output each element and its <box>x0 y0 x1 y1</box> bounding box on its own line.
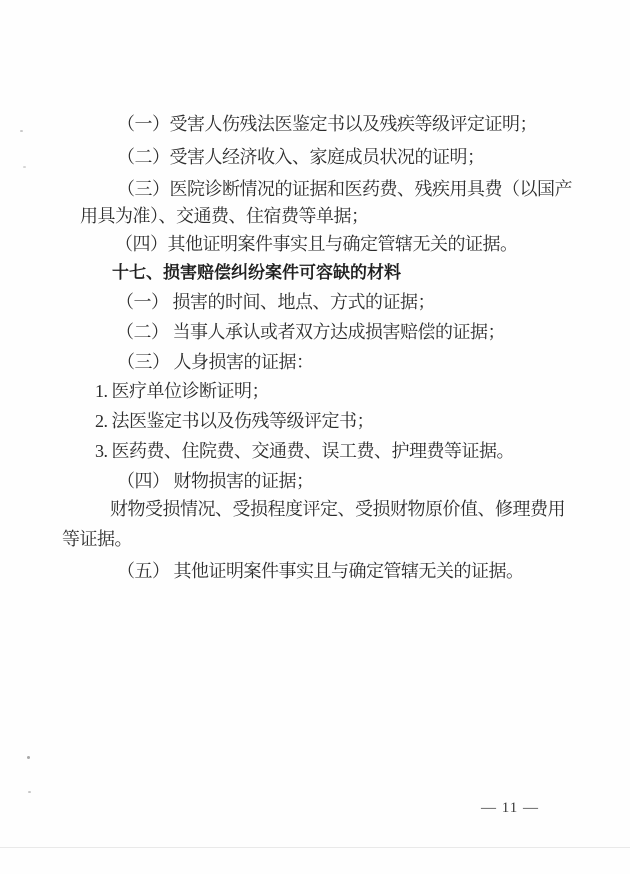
scan-artifact-speck <box>27 756 30 759</box>
document-page: （一）受害人伤残法医鉴定书以及残疾等级评定证明； （二）受害人经济收入、家庭成员… <box>0 0 630 874</box>
doc-line-1: （一）受害人伤残法医鉴定书以及残疾等级评定证明； <box>117 112 537 136</box>
doc-line-12: 3. 医药费、住院费、交通费、误工费、护理费等证据。 <box>95 439 514 463</box>
section-17-heading: 十七、损害赔偿纠纷案件可容缺的材料 <box>112 261 401 285</box>
doc-line-14: 财物受损情况、受损程度评定、受损财物原价值、修理费用 <box>110 497 565 521</box>
doc-line-8: （二） 当事人承认或者双方达成损害赔偿的证据； <box>116 320 505 344</box>
doc-line-15: 等证据。 <box>62 527 132 551</box>
doc-line-3: （三）医院诊断情况的证据和医药费、残疾用具费（以国产 <box>117 177 572 201</box>
doc-line-2: （二）受害人经济收入、家庭成员状况的证明； <box>117 145 485 169</box>
scan-artifact-speck <box>20 130 23 132</box>
scan-page-edge-line <box>0 847 630 848</box>
scan-artifact-speck <box>28 791 31 793</box>
scan-artifact-speck <box>23 166 26 168</box>
doc-line-10: 1. 医疗单位诊断证明； <box>95 379 269 403</box>
doc-line-7: （一） 损害的时间、地点、方式的证据； <box>116 290 435 314</box>
doc-line-5: （四）其他证明案件事实且与确定管辖无关的证据。 <box>115 232 518 256</box>
doc-line-4: 用具为准）、交通费、住宿费等单据； <box>80 204 369 228</box>
doc-line-16: （五） 其他证明案件事实且与确定管辖无关的证据。 <box>117 559 524 583</box>
doc-line-13: （四） 财物损害的证据； <box>117 469 314 493</box>
doc-line-9: （三） 人身损害的证据： <box>117 350 314 374</box>
page-number: — 11 — <box>455 800 565 817</box>
doc-line-11: 2. 法医鉴定书以及伤残等级评定书； <box>95 409 374 433</box>
